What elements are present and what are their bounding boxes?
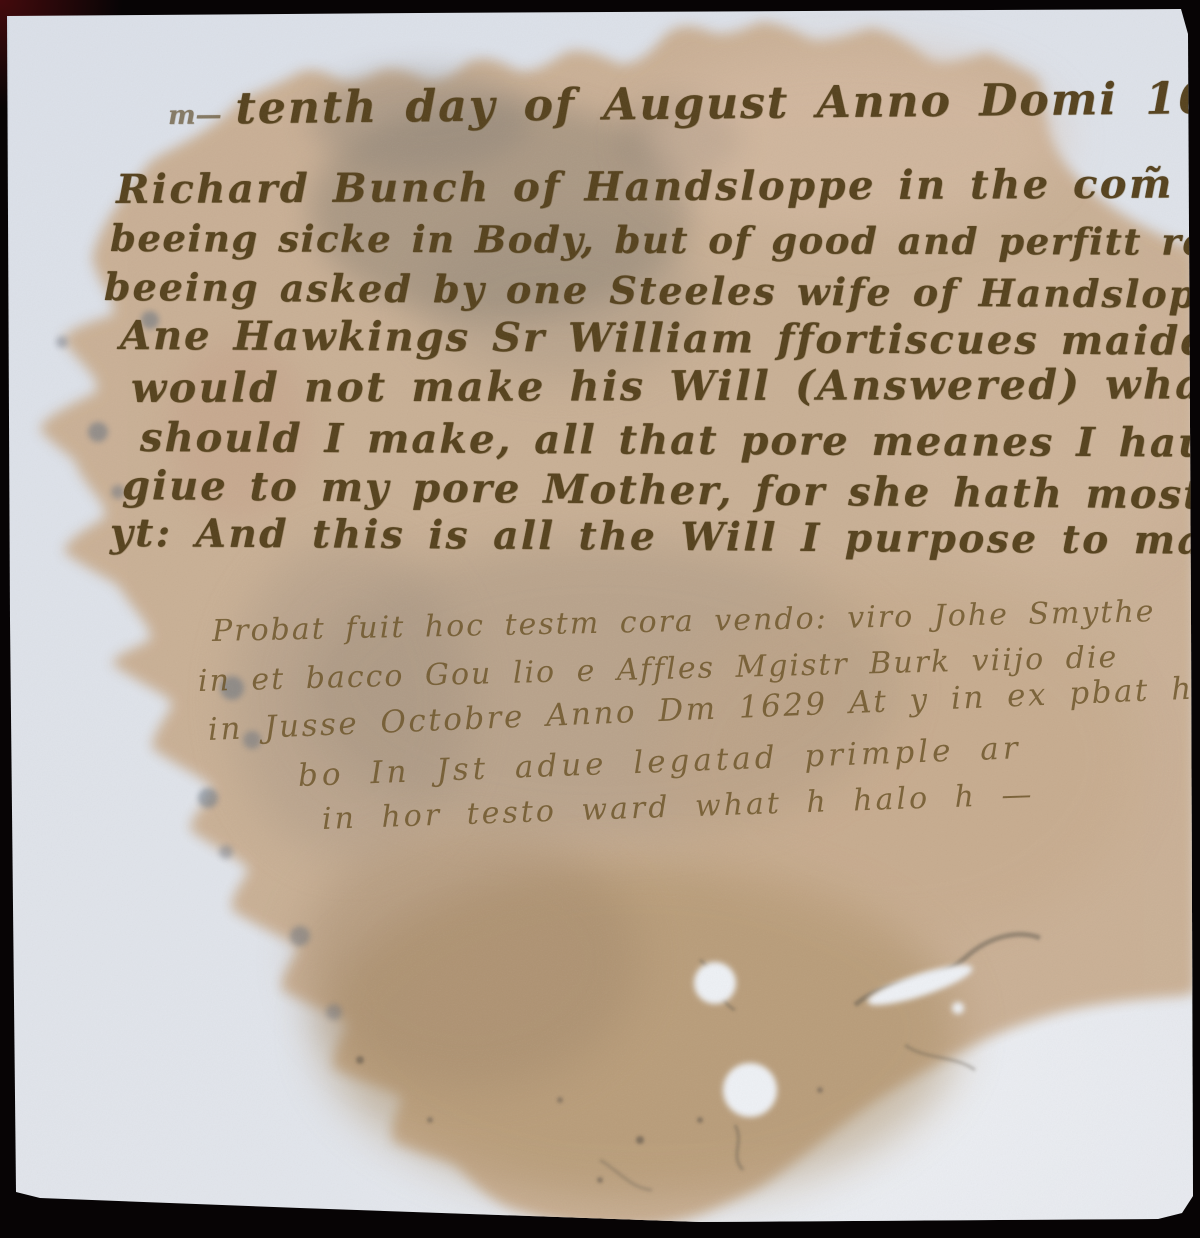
will-line-8: yt: And this is all the Will I purpose t… xyxy=(110,510,1200,564)
heading-flourish: m— xyxy=(168,100,222,131)
heading-text: tenth day of August Anno Domi 1629 xyxy=(235,72,1200,134)
will-line-1: Richard Bunch of Handsloppe in the com̃ … xyxy=(116,159,1200,213)
will-line-6: should I make, all that pore meanes I ha… xyxy=(140,414,1200,468)
photograph-background: m—tenth day of August Anno Domi 1629 Ric… xyxy=(0,0,1200,1238)
heading-line: m—tenth day of August Anno Domi 1629 xyxy=(168,72,1200,135)
will-line-3: beeing asked by one Steeles wife of Hand… xyxy=(104,264,1200,318)
paper-sheet: m—tenth day of August Anno Domi 1629 Ric… xyxy=(0,0,1200,1238)
manuscript-text: m—tenth day of August Anno Domi 1629 Ric… xyxy=(0,0,1200,1238)
will-line-4: Ane Hawkings Sr William ffortiscues maid… xyxy=(120,312,1200,366)
probate-line-1: Probat fuit hoc testm cora vendo: viro J… xyxy=(212,594,1156,649)
will-line-2: beeing sicke in Body, but of good and pe… xyxy=(110,216,1200,265)
will-line-5: would not make his Will (Answered) what … xyxy=(131,360,1200,412)
